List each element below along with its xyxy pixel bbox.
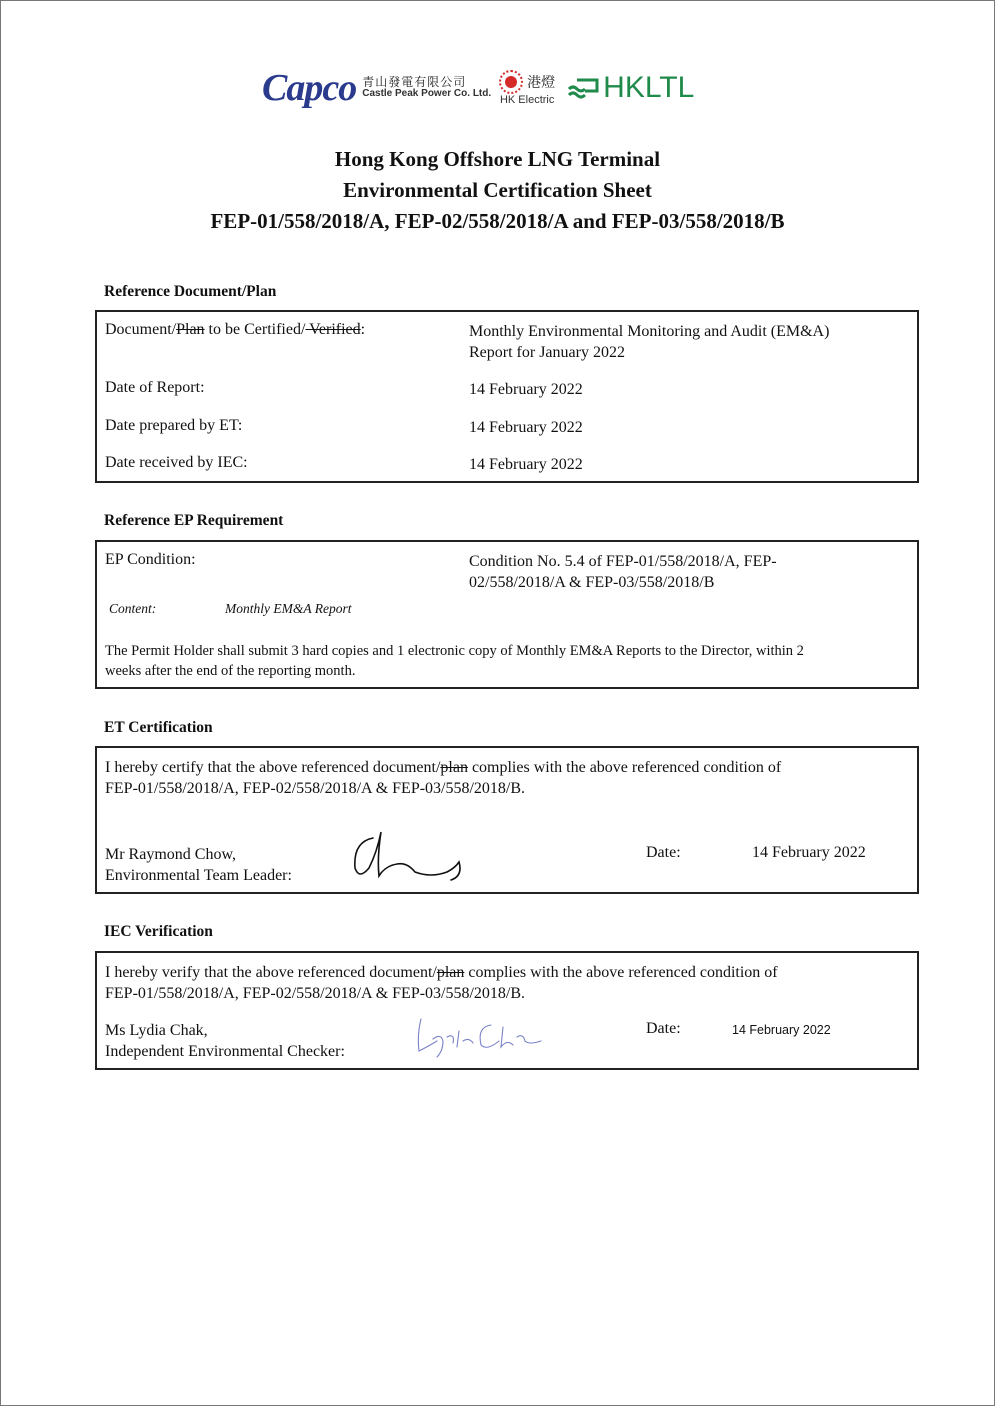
struck-plan: plan [440, 759, 468, 776]
ep-condition-label: EP Condition: [105, 551, 196, 569]
reference-document-heading: Reference Document/Plan [104, 283, 276, 301]
ep-requirement-box: EP Condition: Condition No. 5.4 of FEP-0… [95, 540, 919, 689]
et-signatory: Mr Raymond Chow, Environmental Team Lead… [105, 844, 292, 886]
content-label: Content: [109, 601, 156, 617]
et-role: Environmental Team Leader: [105, 865, 292, 886]
capco-logo: Capco [262, 69, 356, 107]
et-statement: I hereby certify that the above referenc… [105, 757, 781, 799]
date-prepared-value: 14 February 2022 [469, 417, 583, 438]
hk-electric-emblem-icon [499, 70, 523, 94]
hkltl-text: HKLTL [603, 71, 694, 105]
date-prepared-label: Date prepared by ET: [105, 417, 242, 435]
struck-plan: plan [437, 964, 465, 981]
hkltl-logo: HKLTL [567, 71, 694, 105]
struck-plan: Plan [176, 321, 204, 338]
date-of-report-label: Date of Report: [105, 379, 205, 397]
title-line-1: Hong Kong Offshore LNG Terminal [0, 144, 995, 175]
content-value: Monthly EM&A Report [225, 601, 351, 617]
iec-date-label: Date: [646, 1020, 681, 1038]
iec-statement: I hereby verify that the above reference… [105, 962, 778, 1004]
logo-bar: Capco 青山發電有限公司 Castle Peak Power Co. Ltd… [262, 66, 694, 110]
ep-requirement-heading: Reference EP Requirement [104, 512, 283, 530]
reference-document-box: Document/Plan to be Certified/ Verified:… [95, 310, 919, 483]
hk-electric-en: HK Electric [500, 94, 554, 106]
document-label: Document/Plan to be Certified/ Verified: [105, 321, 365, 339]
hk-electric-zh: 港燈 [527, 72, 555, 92]
requirement-text: The Permit Holder shall submit 3 hard co… [105, 641, 804, 681]
iec-date-value: 14 February 2022 [732, 1023, 831, 1037]
castle-peak-logo-text: 青山發電有限公司 Castle Peak Power Co. Ltd. [362, 76, 491, 99]
title-line-2: Environmental Certification Sheet [0, 175, 995, 206]
ep-condition-value: Condition No. 5.4 of FEP-01/558/2018/A, … [469, 551, 777, 593]
struck-verified: Verified [305, 321, 360, 338]
hk-electric-logo: 港燈 HK Electric [499, 70, 555, 106]
et-signature [351, 828, 471, 888]
et-date-value: 14 February 2022 [752, 844, 866, 862]
hkltl-wave-icon [567, 77, 601, 99]
et-name: Mr Raymond Chow, [105, 844, 292, 865]
document-title: Hong Kong Offshore LNG Terminal Environm… [0, 144, 995, 237]
document-value: Monthly Environmental Monitoring and Aud… [469, 321, 829, 363]
date-of-report-value: 14 February 2022 [469, 379, 583, 400]
castle-peak-en: Castle Peak Power Co. Ltd. [362, 89, 491, 100]
iec-verification-heading: IEC Verification [104, 923, 213, 941]
et-date-label: Date: [646, 844, 681, 862]
date-received-value: 14 February 2022 [469, 454, 583, 475]
et-certification-heading: ET Certification [104, 719, 213, 737]
iec-name: Ms Lydia Chak, [105, 1020, 345, 1041]
title-line-3: FEP-01/558/2018/A, FEP-02/558/2018/A and… [0, 206, 995, 237]
iec-role: Independent Environmental Checker: [105, 1041, 345, 1062]
et-certification-box: I hereby certify that the above referenc… [95, 746, 919, 894]
iec-verification-box: I hereby verify that the above reference… [95, 951, 919, 1070]
iec-signature [407, 1011, 557, 1061]
iec-signatory: Ms Lydia Chak, Independent Environmental… [105, 1020, 345, 1062]
date-received-label: Date received by IEC: [105, 454, 248, 472]
